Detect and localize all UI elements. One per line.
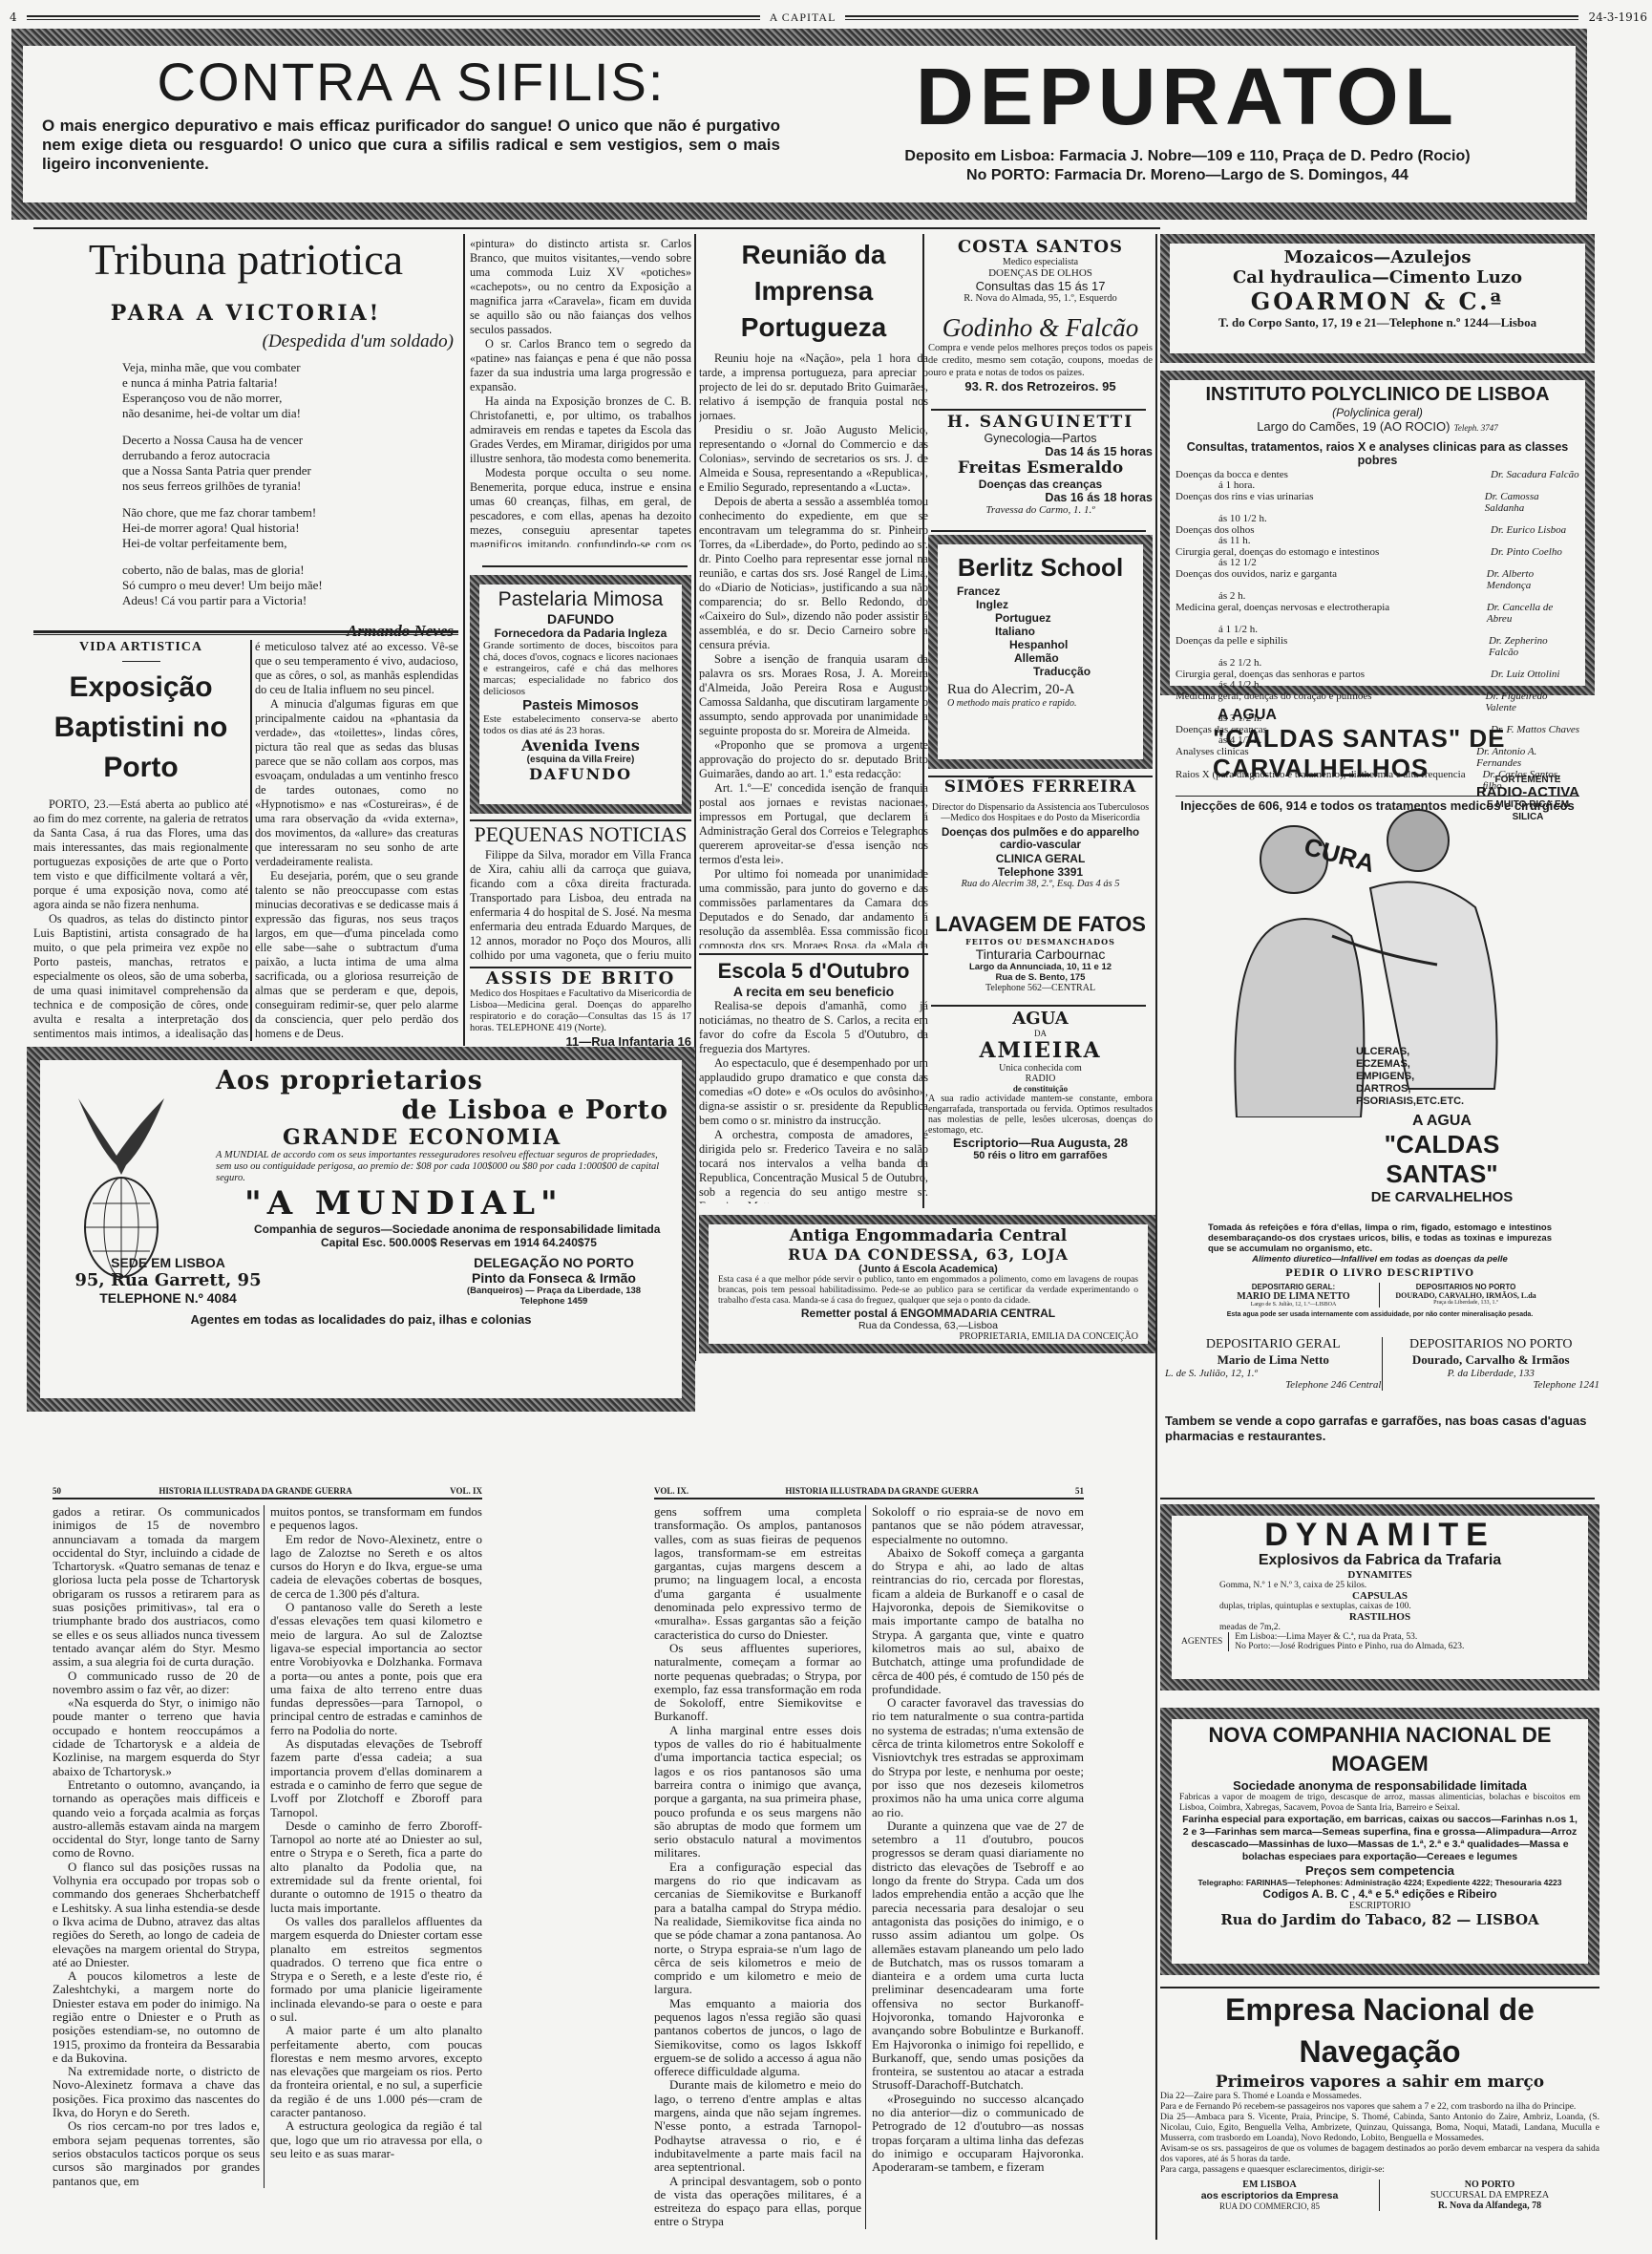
costa-santos-ad: COSTA SANTOS Medico especialista DOENÇAS… — [928, 237, 1153, 311]
language-item: Allemão — [947, 651, 1133, 665]
masthead-rule — [27, 15, 760, 20]
navegacao-line: Dia 25—Ambaca para S. Vicente, Praia, Pr… — [1160, 2113, 1599, 2144]
caldas-side2: RADIO-ACTIVA — [1475, 786, 1580, 798]
depuratol-depot-lisboa: Deposito em Lisboa: Farmacia J. Nobre—10… — [818, 147, 1557, 166]
divider — [33, 227, 1160, 229]
simoes-role: Director do Dispensario da Assistencia a… — [928, 802, 1153, 823]
language-item: Portuguez — [947, 611, 1133, 625]
sanguinetti-hours: Das 14 ás 15 horas — [928, 445, 1153, 458]
polyclinico-name: INSTITUTO POLYCLINICO DE LISBOA — [1175, 384, 1579, 406]
service-time: ás 11 h. — [1175, 536, 1579, 546]
language-item: Hespanhol — [947, 638, 1133, 651]
pastelaria-name: Pastelaria Mimosa — [483, 588, 678, 611]
engommadaria-ad: Antiga Engommadaria Central RUA DA CONDE… — [699, 1215, 1157, 1353]
mundial-line1: Aos proprietarios — [216, 1066, 668, 1095]
caldas-footer: Tambem se vende a copo garrafas e garraf… — [1165, 1414, 1599, 1444]
pastelaria-specialty: Pasteis Mimosos — [483, 697, 678, 713]
dynamite-agent-lisboa: Em Lisboa:—Lima Mayer & C.ª, rua da Prat… — [1235, 1632, 1464, 1642]
berlitz-address: Rua do Alecrim, 20-A — [947, 682, 1133, 698]
sanguinetti-name: H. SANGUINETTI — [928, 413, 1153, 432]
paragraph: A linha marginal entre esses dois typos … — [654, 1724, 861, 1861]
sanguinetti-address: Travessa do Carmo, 1. 1.º — [928, 504, 1153, 516]
polyclinico-sub: (Polyclinica geral) — [1175, 406, 1579, 419]
navegacao-line: Para carga, passagens e quaesquer esclar… — [1160, 2165, 1599, 2176]
caldas-dep-left-phone: Telephone 246 Central — [1165, 1379, 1382, 1391]
paragraph: Desde o caminho de ferro Zboroff-Tarnopo… — [270, 1819, 482, 1915]
dynamite-h3: RASTILHOS — [1181, 1611, 1578, 1623]
language-item: Italiano — [947, 625, 1133, 638]
depuratol-body: O mais energico depurativo e mais effica… — [42, 117, 780, 174]
godinho-name: Godinho & Falcão — [928, 313, 1153, 342]
paragraph: A principal desvantagem, sob o ponto de … — [654, 2175, 861, 2229]
vida-artistica-col2: é meticuloso talvez até ao excesso. Vê-s… — [255, 640, 458, 1041]
costa-specialty: DOENÇAS DE OLHOS — [928, 267, 1153, 279]
costa-role: Medico especialista — [928, 257, 1153, 267]
caldas-small-left-label: DEPOSITARIO GERAL: — [1208, 1283, 1379, 1291]
caldas-desc: Tomada ás refeições e fóra d'ellas, limp… — [1208, 1223, 1552, 1254]
moagem-office-label: ESCRIPTORIO — [1179, 1901, 1580, 1911]
mundial-ad: Aos proprietarios de Lisboa e Porto GRAN… — [27, 1047, 695, 1412]
simoes-address: Rua do Alecrim 38, 2.º, Esq. Das 4 ás 5 — [928, 879, 1153, 889]
newspaper-title: A CAPITAL — [770, 11, 837, 25]
divider — [931, 530, 1146, 532]
paragraph: O caracter favoravel das travessias do r… — [872, 1696, 1084, 1819]
lavagem-subtitle: FEITOS OU DESMANCHADOS — [928, 937, 1153, 946]
divider — [482, 565, 688, 567]
paragraph: Mas emquanto a maioria dos pequenos lago… — [654, 1997, 861, 2079]
costa-name: COSTA SANTOS — [928, 237, 1153, 257]
dynamite-l1: Gomma, N.º 1 e N.º 3, caixa de 25 kilos. — [1181, 1581, 1578, 1590]
polyclinico-headline: Consultas, tratamentos, raios X e analys… — [1175, 440, 1579, 467]
berlitz-slogan: O methodo mais pratico e rapido. — [947, 698, 1133, 709]
poem-line: não desanime, hei-de voltar um dia! — [122, 406, 454, 421]
poem-line: que a Nossa Santa Patria quer prender — [122, 463, 454, 478]
poem-line: Hei-de morrer agora! Qual historia! — [122, 521, 454, 536]
lavagem-ad: LAVAGEM DE FATOS FEITOS OU DESMANCHADOS … — [928, 912, 1153, 1003]
goarmon-name: GOARMON & C.ª — [1174, 287, 1581, 315]
poem-line: nos seus ferreos grilhões de tyrania! — [122, 478, 454, 494]
section-label: VIDA ARTISTICA — [33, 640, 248, 655]
paragraph: Reuniu hoje na «Nação», pela 1 hora da t… — [699, 351, 928, 423]
moagem-name: NOVA COMPANHIA NACIONAL DE MOAGEM — [1179, 1721, 1580, 1778]
simoes-phone: Telephone 3391 — [928, 865, 1153, 879]
ameira-line3: de constituição — [928, 1084, 1153, 1094]
divider — [931, 409, 1146, 411]
column-rule — [922, 234, 924, 1208]
ailment: ULCERAS, — [1356, 1046, 1464, 1058]
historia-left-header: 50 HISTORIA ILLUSTRADA DA GRANDE GUERRA … — [53, 1486, 482, 1499]
agua-ameira-ad: AGUA DA AMIEIRA Unica conhecida com RADI… — [928, 1009, 1153, 1204]
moagem-products: Farinha especial para exportação, em bar… — [1179, 1814, 1580, 1863]
caldas-small-left-name: MARIO DE LIMA NETTO — [1208, 1291, 1379, 1302]
paragraph: Realisa-se depois d'amanhã, como já noti… — [699, 999, 928, 1056]
historia-page-left: 50 HISTORIA ILLUSTRADA DA GRANDE GUERRA … — [53, 1486, 482, 2250]
dynamite-h1: DYNAMITES — [1181, 1569, 1578, 1581]
dynamite-agents: AGENTES — [1181, 1637, 1222, 1647]
divider — [931, 1005, 1146, 1007]
service-row: Doenças dos ouvidos, nariz e gargantaDr.… — [1175, 568, 1579, 591]
engommadaria-title: Antiga Engommadaria Central — [718, 1226, 1138, 1245]
service-time: ás 2 h. — [1175, 591, 1579, 602]
navegacao-lisboa-addr: RUA DO COMMERCIO, 85 — [1160, 2201, 1379, 2211]
eagle-globe-icon — [69, 1089, 174, 1280]
paragraph: Depois de aberta a sessão a assembléa to… — [699, 495, 928, 652]
pastelaria-corner: (esquina da Villa Freire) — [483, 755, 678, 765]
paragraph: Sokoloff o rio espraia-se de novo em pan… — [872, 1505, 1084, 1546]
godinho-ad: Godinho & Falcão Compra e vende pelos me… — [928, 313, 1153, 404]
engommadaria-owner: PROPRIETARIA, EMILIA DA CONCEIÇÃO — [718, 1331, 1138, 1342]
lavagem-shop: Tinturaria Carbournac — [928, 946, 1153, 962]
navegacao-line: Para e de Fernando Pó recebem-se passage… — [1160, 2102, 1599, 2113]
caldas-book: PEDIR O LIVRO DESCRIPTIVO — [1208, 1268, 1552, 1279]
mundial-body: A MUNDIAL de accordo com os seus importa… — [216, 1150, 668, 1184]
pequenas-title: PEQUENAS NOTICIAS — [470, 819, 691, 848]
paragraph: Os seus affluentes superiores, naturalme… — [654, 1642, 861, 1724]
moagem-fabricas: Fabricas a vapor de moagem de trigo, des… — [1179, 1793, 1580, 1814]
paragraph: As disputadas elevações de Tsebroff faze… — [270, 1737, 482, 1819]
pastelaria-desc: Grande sortimento de doces, biscoitos pa… — [483, 640, 678, 697]
caldas-small-right-label: DEPOSITARIOS NO PORTO — [1380, 1283, 1552, 1291]
column-rule — [463, 234, 465, 1046]
language-item: Inglez — [947, 598, 1133, 611]
paragraph: «Na esquerda do Styr, o inimigo não poud… — [53, 1696, 260, 1778]
caldas-bottom3: DE CARVALHELHOS — [1332, 1189, 1552, 1205]
depuratol-depot-porto: No PORTO: Farmacia Dr. Moreno—Largo de S… — [818, 166, 1557, 185]
paragraph: Na extremidade norte, o districto de Nov… — [53, 2065, 260, 2119]
caldas-ailments: ULCERAS, ECZEMAS, EMPIGENS, DARTROS, PSO… — [1356, 1046, 1464, 1108]
ameira-title: AGUA — [928, 1009, 1153, 1029]
mundial-capital: Capital Esc. 500.000$ Reservas em 1914 6… — [321, 1236, 668, 1249]
paragraph: A estructura geologica da região é tal q… — [270, 2119, 482, 2160]
dynamite-ad: DYNAMITE Explosivos da Fabrica da Trafar… — [1160, 1504, 1599, 1690]
sanguinetti-specialty: Gynecologia—Partos — [928, 432, 1153, 445]
moagem-price: Preços sem competencia — [1179, 1863, 1580, 1878]
caldas-santas-ad: A AGUA "CALDAS SANTAS" DE CARVALHELHOS F… — [1160, 707, 1599, 1461]
historia-right-vol: VOL. IX. — [654, 1486, 688, 1496]
mundial-brand: "A MUNDIAL" — [244, 1184, 668, 1223]
pastelaria-place: DAFUNDO — [483, 611, 678, 627]
navegacao-ad: Empresa Nacional de Navegação Primeiros … — [1160, 1987, 1599, 2240]
paragraph: Por ultimo foi nomeada por unanimidade u… — [699, 867, 928, 948]
simoes-specialty: Doenças dos pulmões e do apparelho cardi… — [928, 827, 1153, 852]
moagem-address: Rua do Jardim do Tabaco, 82 — LISBOA — [1179, 1911, 1580, 1928]
paragraph: gens soffrem uma completa transformação.… — [654, 1505, 861, 1642]
service-time: ás 4 1/2 h. — [1175, 680, 1579, 691]
mundial-sede-phone: TELEPHONE N.º 4084 — [53, 1290, 283, 1306]
paragraph: «Proseguindo no successo alcançado no di… — [872, 2093, 1084, 2175]
paragraph: PORTO, 23.—Está aberta ao publico até ao… — [33, 797, 248, 912]
mundial-deleg-name: Pinto da Fonseca & Irmão — [439, 1270, 668, 1286]
engommadaria-remit: Remetter postal á ENGOMMADARIA CENTRAL — [718, 1307, 1138, 1320]
dynamite-l2: duplas, triplas, quintuplas e sextuplas,… — [1181, 1602, 1578, 1611]
berlitz-ad: Berlitz School Francez Inglez Portuguez … — [928, 535, 1153, 769]
poem-line: coberto, não de balas, mas de gloria! — [122, 563, 454, 578]
navegacao-porto-addr: R. Nova da Alfandega, 78 — [1380, 2201, 1599, 2211]
poem-line: Veja, minha mãe, que vou combater — [122, 360, 454, 375]
article-title: Exposição Baptistini no Porto — [33, 668, 248, 788]
poem-title: PARA A VICTORIA! — [38, 301, 454, 326]
paragraph: «pintura» do distincto artista sr. Carlo… — [470, 237, 691, 337]
paragraph: gados a retirar. Os communicados inimigo… — [53, 1505, 260, 1669]
escola-subtitle: A recita em seu beneficio — [699, 984, 928, 999]
caldas-bottom1: A AGUA — [1332, 1113, 1552, 1130]
engommadaria-body: Esta casa é a que melhor póde servir o p… — [718, 1275, 1138, 1307]
paragraph: Durante a quinzena que vae de 27 de sete… — [872, 1819, 1084, 2093]
costa-hours: Consultas das 15 ás 17 — [928, 279, 1153, 293]
service-time: ás 12 1/2 — [1175, 558, 1579, 568]
moagem-telegraph: Telegrapho: FARINHAS—Telephones: Adminis… — [1179, 1878, 1580, 1887]
poem-line: e nunca á minha Patria faltaria! — [122, 375, 454, 391]
paragraph: O communicado russo de 20 de novembro as… — [53, 1669, 260, 1697]
moagem-sub: Sociedade anonyma de responsabilidade li… — [1179, 1778, 1580, 1793]
reuniao-article: Reunião da Imprensa Portugueza Reuniu ho… — [699, 237, 928, 948]
caldas-dep-left-addr: L. de S. Julião, 12, 1.º — [1165, 1368, 1382, 1379]
engommadaria-near: (Junto á Escola Academica) — [718, 1264, 1138, 1275]
polyclinico-phone: Teleph. 3747 — [1454, 423, 1498, 433]
simoes-name: SIMÕES FERREIRA — [928, 777, 1153, 797]
dynamite-sub: Explosivos da Fabrica da Trafaria — [1181, 1552, 1578, 1569]
historia-left-title: HISTORIA ILLUSTRADA DA GRANDE GUERRA — [159, 1486, 351, 1496]
assis-body: Medico dos Hospitaes e Facultativo da Mi… — [470, 989, 691, 1034]
service-time: á 1 hora. — [1175, 480, 1579, 491]
ameira-line1: Unica conhecida com — [928, 1063, 1153, 1074]
engommadaria-remit-addr: Rua da Condessa, 63,—Lisboa — [718, 1320, 1138, 1331]
ailment: PSORIASIS,ETC.ETC. — [1356, 1095, 1464, 1108]
mundial-deleg-title: DELEGAÇÃO NO PORTO — [439, 1255, 668, 1270]
polyclinico-address: Largo do Camões, 19 (AO ROCIO) — [1257, 419, 1450, 434]
assis-brito-ad: ASSIS DE BRITO Medico dos Hospitaes e Fa… — [470, 967, 691, 1045]
paragraph: O pantanoso valle do Sereth a leste d'es… — [270, 1601, 482, 1737]
goarmon-line2: Cal hydraulica—Cimento Luzo — [1174, 267, 1581, 287]
masthead-rule — [845, 15, 1578, 20]
assis-name: ASSIS DE BRITO — [470, 968, 691, 989]
paragraph: Ao espectaculo, que é desempenhado por u… — [699, 1056, 928, 1128]
ameira-body: A sua radio actividade mantem-se constan… — [928, 1094, 1153, 1136]
paragraph: muitos pontos, se transformam em fundos … — [270, 1505, 482, 1533]
paragraph: Os quadros, as telas do distincto pintor… — [33, 912, 248, 1041]
ameira-name: AMIEIRA — [928, 1038, 1153, 1063]
page-number: 4 — [10, 11, 17, 24]
paragraph: A maior parte é um alto planalto perfeit… — [270, 2024, 482, 2119]
ameira-line2: RADIO — [928, 1074, 1153, 1084]
polyclinico-ad: INSTITUTO POLYCLINICO DE LISBOA (Polycli… — [1160, 371, 1595, 695]
caldas-small-left-addr: Largo de S. Julião, 12, 1.º—LISBOA — [1208, 1302, 1379, 1308]
tribuna-title: Tribuna patriotica — [38, 234, 454, 286]
paragraph: Os rios cercam-no por tres lados e, embo… — [53, 2119, 260, 2187]
poem-line: Decerto a Nossa Causa ha de vencer — [122, 433, 454, 448]
goarmon-address: T. do Corpo Santo, 17, 19 e 21—Telephone… — [1174, 315, 1581, 330]
caldas-dep-right-title: DEPOSITARIOS NO PORTO — [1383, 1337, 1600, 1352]
divider — [1160, 1498, 1595, 1499]
navegacao-lisboa-title: EM LISBOA — [1160, 2180, 1379, 2190]
dynamite-agent-porto: No Porto:—José Rodrigues Pinto e Pinho, … — [1235, 1642, 1464, 1651]
caldas-tagline: Alimento diuretico—Infallivel em todas a… — [1208, 1254, 1552, 1265]
divider — [33, 630, 458, 635]
paragraph: Era a configuração especial das margens … — [654, 1861, 861, 1997]
service-row: Doenças da pelle e siphilisDr. Zepherino… — [1175, 635, 1579, 658]
navegacao-line: Avisam-se os srs. passageiros de que os … — [1160, 2144, 1599, 2165]
pastelaria-hours: Este estabelecimento conserva-se aberto … — [483, 713, 678, 736]
goarmon-ad: Mozaicos—Azulejos Cal hydraulica—Cimento… — [1160, 234, 1595, 363]
caldas-top1: A AGUA — [1218, 707, 1599, 724]
paragraph: Presidiu o sr. João Augusto Melicio, rep… — [699, 423, 928, 495]
lavagem-addr1: Largo da Annunciada, 10, 11 e 12 — [928, 962, 1153, 972]
costa-address: R. Nova do Almada, 95, 1.º, Esquerdo — [928, 293, 1153, 304]
escola-title: Escola 5 d'Outubro — [699, 959, 928, 984]
ailment: EMPIGENS, — [1356, 1071, 1464, 1083]
dynamite-l3: meadas de 7m,2. — [1181, 1623, 1578, 1632]
paragraph: Modesta porque occulta o seu nome. Benem… — [470, 466, 691, 547]
ailment: ECZEMAS, — [1356, 1058, 1464, 1071]
reuniao-title: Reunião da Imprensa Portugueza — [699, 237, 928, 346]
issue-date: 24-3-1916 — [1588, 11, 1647, 24]
caldas-bottom2: "CALDAS SANTAS" — [1332, 1130, 1552, 1189]
caldas-dep-right-addr: P. da Liberdade, 133 — [1383, 1368, 1600, 1379]
paragraph: Sobre a isenção de franquia usaram da pa… — [699, 652, 928, 738]
poem-body: Veja, minha mãe, que vou combater e nunc… — [122, 360, 454, 608]
mundial-deleg-addr: (Banqueiros) — Praça da Liberdade, 138 — [439, 1286, 668, 1296]
caldas-note: Esta agua pode ser usada internamente co… — [1208, 1311, 1552, 1318]
pastelaria-ad: Pastelaria Mimosa DAFUNDO Fornecedora da… — [470, 575, 691, 814]
service-time: á 1 1/2 h. — [1175, 625, 1579, 635]
mundial-company: Companhia de seguros—Sociedade anonima d… — [254, 1223, 668, 1236]
simoes-clinic: CLINICA GERAL — [928, 852, 1153, 865]
vida-artistica-col1: VIDA ARTISTICA Exposição Baptistini no P… — [33, 640, 248, 1041]
historia-right-header: VOL. IX. HISTORIA ILLUSTRADA DA GRANDE G… — [654, 1486, 1084, 1499]
dynamite-h2: CAPSULAS — [1181, 1590, 1578, 1602]
paragraph: Abaixo de Sokoff começa a garganta do St… — [872, 1546, 1084, 1696]
pastelaria-tagline: Fornecedora da Padaria Ingleza — [483, 627, 678, 640]
ameira-da: DA — [928, 1029, 1153, 1038]
language-item: Francez — [947, 585, 1133, 598]
service-time: ás 10 1/2 h. — [1175, 514, 1579, 524]
paragraph: Filippe da Silva, morador em Villa Franc… — [470, 848, 691, 963]
paragraph: O sr. Carlos Branco tem o segredo da «pa… — [470, 337, 691, 394]
language-item: Traducção — [947, 665, 1133, 678]
historia-left-vol: VOL. IX — [450, 1486, 482, 1496]
navegacao-line: Dia 22—Zaire para S. Thomé e Loanda e Mo… — [1160, 2092, 1599, 2102]
column-rule — [250, 640, 252, 1041]
navegacao-name: Empresa Nacional de Navegação — [1160, 1988, 1599, 2073]
paragraph: Ha ainda na Exposição bronzes de C. B. C… — [470, 394, 691, 466]
depuratol-ad: CONTRA A SIFILIS: O mais energico depura… — [11, 29, 1587, 220]
silva-esteves-article: «pintura» do distincto artista sr. Carlo… — [470, 237, 691, 547]
poem-line: Só cumpro o meu dever! Um beijo mãe! — [122, 578, 454, 593]
column-rule — [1155, 234, 1157, 2240]
freitas-hours: Das 16 ás 18 horas — [928, 491, 1153, 504]
paragraph: é meticuloso talvez até ao excesso. Vê-s… — [255, 640, 458, 697]
depuratol-headline: CONTRA A SIFILIS: — [42, 53, 780, 111]
godinho-body: Compra e vende pelos melhores preços tod… — [928, 342, 1153, 379]
ameira-office: Escriptorio—Rua Augusta, 28 — [928, 1136, 1153, 1150]
navegacao-lisboa-line: aos escriptorios da Empresa — [1160, 2190, 1379, 2201]
moagem-codes: Codigos A. B. C , 4.ª e 5.ª edições e Ri… — [1179, 1887, 1580, 1901]
poem-subtitle: (Despedida d'um soldado) — [38, 331, 454, 352]
caldas-small-right-addr: Praça da Liberdade, 133, 1.º — [1380, 1300, 1552, 1306]
caldas-small-right-name: DOURADO, CARVALHO, IRMÃOS, L.da — [1380, 1291, 1552, 1300]
paragraph: Os valles dos parallelos affluentes da m… — [270, 1915, 482, 2024]
godinho-address: 93. R. dos Retrozeiros. 95 — [928, 379, 1153, 393]
pastelaria-street: Avenida Ivens — [483, 736, 678, 755]
lavagem-phone: Telephone 562—CENTRAL — [928, 983, 1153, 993]
tribuna-patriotica: Tribuna patriotica PARA A VICTORIA! (Des… — [38, 234, 454, 626]
paragraph: Eu desejaria, porém, que o seu grande ta… — [255, 869, 458, 1041]
historia-left-page: 50 — [53, 1486, 61, 1496]
historia-right-page: 51 — [1075, 1486, 1084, 1496]
masthead: 4 A CAPITAL 24-3-1916 — [10, 8, 1647, 27]
navegacao-porto-title: NO PORTO — [1380, 2180, 1599, 2190]
mundial-deleg-phone: Telephone 1459 — [439, 1296, 668, 1307]
paragraph: «Proponho que se promova a urgente appro… — [699, 738, 928, 781]
goarmon-line1: Mozaicos—Azulejos — [1174, 247, 1581, 267]
paragraph: O flanco sul das posições russas na Volh… — [53, 1861, 260, 1969]
freitas-name: Freitas Esmeraldo — [928, 458, 1153, 478]
paragraph: Durante mais de kilometro e meio do lago… — [654, 2078, 861, 2174]
moagem-ad: NOVA COMPANHIA NACIONAL DE MOAGEM Socied… — [1160, 1708, 1599, 1975]
service-time: ás 2 1/2 h. — [1175, 658, 1579, 669]
mundial-line3: GRANDE ECONOMIA — [283, 1125, 668, 1150]
berlitz-name: Berlitz School — [947, 550, 1133, 585]
poem-line: Hei-de voltar perfeitamente bem, — [122, 536, 454, 551]
depuratol-brand: DEPURATOL — [818, 53, 1557, 139]
paragraph: A minucia d'algumas figuras em que princ… — [255, 697, 458, 869]
poem-line: derrubando a feroz autocracia — [122, 448, 454, 463]
ameira-price: 50 réis o litro em garrafões — [928, 1150, 1153, 1161]
lavagem-addr2: Rua de S. Bento, 175 — [928, 972, 1153, 983]
paragraph: A orchestra, composta de amadores, é dir… — [699, 1128, 928, 1203]
historia-right-title: HISTORIA ILLUSTRADA DA GRANDE GUERRA — [785, 1486, 978, 1496]
caldas-dep-left-title: DEPOSITARIO GERAL — [1165, 1337, 1382, 1352]
pequenas-noticias: PEQUENAS NOTICIAS Filippe da Silva, mora… — [470, 819, 691, 963]
navegacao-porto-line: SUCCURSAL DA EMPREZA — [1380, 2190, 1599, 2201]
navegacao-headline: Primeiros vapores a sahir em março — [1160, 2073, 1599, 2092]
paragraph: Em redor de Novo-Alexinetz, entre o lago… — [270, 1533, 482, 1601]
freitas-specialty: Doenças das creanças — [928, 478, 1153, 491]
escola-article: Escola 5 d'Outubro A recita em seu benef… — [699, 953, 928, 1203]
caldas-dep-left-name: Mario de Lima Netto — [1165, 1352, 1382, 1368]
poem-line: Adeus! Cá vou partir para a Victoria! — [122, 593, 454, 608]
poem-line: Não chore, que me faz chorar tambem! — [122, 505, 454, 521]
historia-page-right: VOL. IX. HISTORIA ILLUSTRADA DA GRANDE G… — [654, 1486, 1084, 2250]
paragraph: Art. 1.º—E' concedida isenção de franqui… — [699, 781, 928, 867]
paragraph: Entretanto o outomno, avançando, ia torn… — [53, 1778, 260, 1861]
pastelaria-place2: DAFUNDO — [483, 765, 678, 783]
simoes-ad: SIMÕES FERREIRA Director do Dispensario … — [928, 776, 1153, 909]
lavagem-title: LAVAGEM DE FATOS — [928, 912, 1153, 937]
paragraph: A poucos kilometros a leste de Zaleshtch… — [53, 1969, 260, 2065]
sanguinetti-ad: H. SANGUINETTI Gynecologia—Partos Das 14… — [928, 413, 1153, 527]
engommadaria-address: RUA DA CONDESSA, 63, LOJA — [718, 1245, 1138, 1264]
service-row: Doenças dos rins e vias urinariasDr. Cam… — [1175, 491, 1579, 514]
mundial-footer: Agentes em todas as localidades do paiz,… — [53, 1312, 668, 1327]
poem-line: Esperançoso vou de não morrer, — [122, 391, 454, 406]
service-row: Medicina geral, doenças nervosas e elect… — [1175, 602, 1579, 625]
dynamite-brand: DYNAMITE — [1181, 1518, 1578, 1552]
caldas-dep-right-name: Dourado, Carvalho & Irmãos — [1383, 1352, 1600, 1368]
ailment: DARTROS, — [1356, 1083, 1464, 1095]
caldas-dep-right-phone: Telephone 1241 — [1383, 1379, 1600, 1391]
